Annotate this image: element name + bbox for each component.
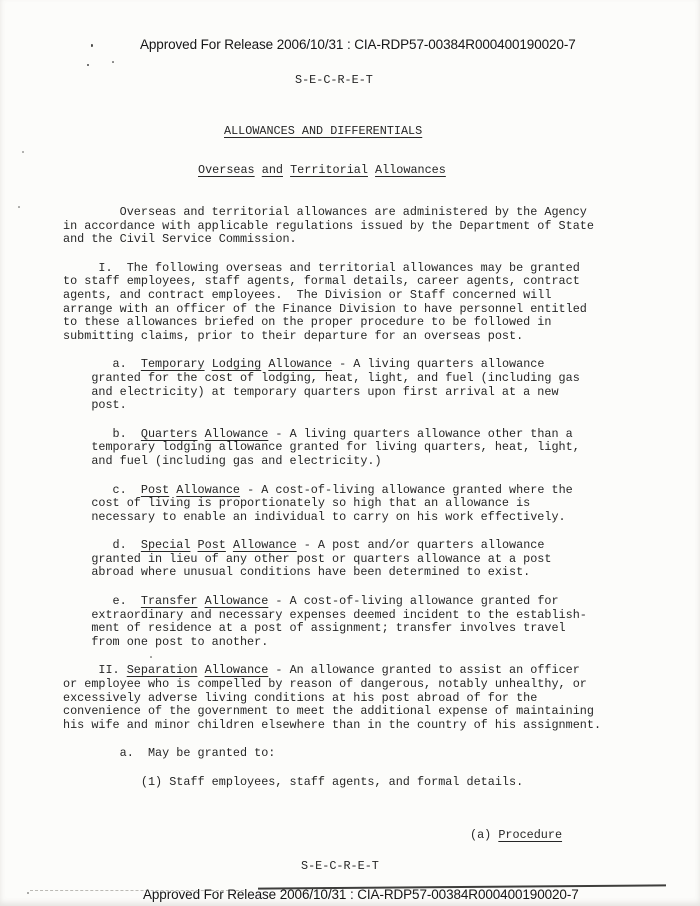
document-line: post. <box>63 399 601 413</box>
text-segment: temporary lodging allowance granted for … <box>63 440 580 454</box>
classification-footer: S-E-C-R-E-T <box>301 860 379 874</box>
text-segment: - An allowance granted to assist an offi… <box>268 663 580 677</box>
text-segment: a. <box>63 357 141 371</box>
footer-reference: (a) Procedure <box>470 829 562 843</box>
document-line: in accordance with applicable regulation… <box>63 220 601 234</box>
text-segment: granted in lieu of any other post or qua… <box>63 552 551 566</box>
text-segment: a. May be granted to: <box>63 746 275 760</box>
text-segment: b. <box>63 427 141 441</box>
document-line: submitting claims, prior to their depart… <box>63 330 601 344</box>
document-line: and fuel (including gas and electricity.… <box>63 455 601 469</box>
text-segment: II. <box>63 663 127 677</box>
paragraph: e. Transfer Allowance - A cost-of-living… <box>63 595 601 649</box>
text-segment: and fuel (including gas and electricity.… <box>63 454 382 468</box>
text-segment <box>283 163 290 177</box>
document-line: e. Transfer Allowance - A cost-of-living… <box>63 595 601 609</box>
scan-artifact <box>22 151 24 153</box>
text-segment: e. <box>63 594 141 608</box>
text-segment: to these allowances briefed on the prope… <box>63 315 551 329</box>
document-line: II. Separation Allowance - An allowance … <box>63 664 601 678</box>
text-segment: ment of residence at a post of assignmen… <box>63 621 566 635</box>
underlined-phrase: ALLOWANCES AND DIFFERENTIALS <box>224 124 422 138</box>
underlined-phrase: Lodging <box>212 357 262 371</box>
text-segment: abroad where unusual conditions have bee… <box>63 565 530 579</box>
paragraph: (1) Staff employees, staff agents, and f… <box>63 776 601 790</box>
underlined-phrase: Procedure <box>498 828 562 842</box>
paragraph: a. Temporary Lodging Allowance - A livin… <box>63 358 601 412</box>
underlined-phrase: Allowance <box>205 594 269 608</box>
text-segment <box>198 427 205 441</box>
classification-header: S-E-C-R-E-T <box>295 74 373 88</box>
text-segment <box>190 538 197 552</box>
text-segment: cost of living is proportionately so hig… <box>63 496 530 510</box>
document-line: temporary lodging allowance granted for … <box>63 441 601 455</box>
document-line: cost of living is proportionately so hig… <box>63 497 601 511</box>
underlined-phrase: Allowances <box>375 163 446 177</box>
text-segment: from one post to another. <box>63 635 268 649</box>
underlined-phrase: Separation <box>127 663 198 677</box>
document-line: granted in lieu of any other post or qua… <box>63 553 601 567</box>
document-line: a. Temporary Lodging Allowance - A livin… <box>63 358 601 372</box>
text-segment: convenience of the government to meet th… <box>63 704 594 718</box>
text-segment: - A cost-of-living allowance granted whe… <box>240 483 573 497</box>
text-segment: d. <box>63 538 141 552</box>
underlined-phrase: Allowance <box>205 427 269 441</box>
underlined-phrase: Allowance <box>205 663 269 677</box>
text-segment <box>368 163 375 177</box>
document-line: convenience of the government to meet th… <box>63 705 601 719</box>
document-line: granted for the cost of lodging, heat, l… <box>63 372 601 386</box>
paragraph: c. Post Allowance - A cost-of-living all… <box>63 484 601 525</box>
document-line: to staff employees, staff agents, formal… <box>63 275 601 289</box>
text-segment: post. <box>63 398 127 412</box>
document-line: (1) Staff employees, staff agents, and f… <box>63 776 601 790</box>
text-segment: agents, and contract employees. The Divi… <box>63 288 551 302</box>
underlined-phrase: Quarters <box>141 427 198 441</box>
text-segment <box>205 357 212 371</box>
text-segment: and electricity) at temporary quarters u… <box>63 385 559 399</box>
bottom-release-stamp: Approved For Release 2006/10/31 : CIA-RD… <box>143 887 579 902</box>
document-line: or employee who is compelled by reason o… <box>63 678 601 692</box>
underlined-phrase: Overseas <box>198 163 255 177</box>
document-line: a. May be granted to: <box>63 747 601 761</box>
text-segment: arrange with an officer of the Finance D… <box>63 302 587 316</box>
document-line: I. The following overseas and territoria… <box>63 262 601 276</box>
text-segment: submitting claims, prior to their depart… <box>63 329 523 343</box>
document-line: necessary to enable an individual to car… <box>63 511 601 525</box>
text-segment: c. <box>63 483 141 497</box>
text-segment: (a) <box>470 828 498 842</box>
document-line: d. Special Post Allowance - A post and/o… <box>63 539 601 553</box>
underlined-phrase: Territorial <box>290 163 368 177</box>
document-line: abroad where unusual conditions have bee… <box>63 566 601 580</box>
text-segment: and the Civil Service Commission. <box>63 232 297 246</box>
text-segment: Overseas and territorial allowances are … <box>63 205 587 219</box>
top-release-stamp: Approved For Release 2006/10/31 : CIA-RD… <box>140 37 576 52</box>
paragraph: Overseas and territorial allowances are … <box>63 206 601 247</box>
document-line: excessively adverse living conditions at… <box>63 692 601 706</box>
scan-artifact <box>27 892 29 894</box>
text-segment <box>255 163 262 177</box>
document-line: his wife and minor children elsewhere th… <box>63 719 601 733</box>
text-segment: to staff employees, staff agents, formal… <box>63 274 580 288</box>
text-segment: extraordinary and necessary expenses dee… <box>63 608 587 622</box>
paragraph: d. Special Post Allowance - A post and/o… <box>63 539 601 580</box>
scan-artifact <box>112 61 114 63</box>
text-segment: excessively adverse living conditions at… <box>63 691 537 705</box>
document-title: ALLOWANCES AND DIFFERENTIALS <box>224 125 422 139</box>
paragraph: a. May be granted to: <box>63 747 601 761</box>
underlined-phrase: Post <box>198 538 226 552</box>
scan-artifact <box>91 44 93 47</box>
underlined-phrase: Allowance <box>268 357 332 371</box>
underlined-phrase: Temporary <box>141 357 205 371</box>
text-segment <box>198 594 205 608</box>
text-segment: - A living quarters allowance other than… <box>268 427 572 441</box>
text-segment: - A cost-of-living allowance granted for <box>268 594 558 608</box>
text-segment: in accordance with applicable regulation… <box>63 219 594 233</box>
document-line: c. Post Allowance - A cost-of-living all… <box>63 484 601 498</box>
text-segment: I. The following overseas and territoria… <box>63 261 580 275</box>
text-segment: - A living quarters allowance <box>332 357 544 371</box>
document-line: ment of residence at a post of assignmen… <box>63 622 601 636</box>
document-line: and the Civil Service Commission. <box>63 233 601 247</box>
text-segment: his wife and minor children elsewhere th… <box>63 718 601 732</box>
underlined-phrase: Allowance <box>176 483 240 497</box>
text-segment: granted for the cost of lodging, heat, l… <box>63 371 580 385</box>
text-segment <box>226 538 233 552</box>
underlined-phrase: Special <box>141 538 191 552</box>
paragraph: I. The following overseas and territoria… <box>63 262 601 344</box>
text-segment: necessary to enable an individual to car… <box>63 510 566 524</box>
document-body: Overseas and territorial allowances are … <box>63 206 601 790</box>
underlined-phrase: Post <box>141 483 169 497</box>
document-line: arrange with an officer of the Finance D… <box>63 303 601 317</box>
document-line: from one post to another. <box>63 636 601 650</box>
document-line: and electricity) at temporary quarters u… <box>63 386 601 400</box>
paragraph: b. Quarters Allowance - A living quarter… <box>63 428 601 469</box>
underlined-phrase: and <box>262 163 283 177</box>
text-segment: (1) Staff employees, staff agents, and f… <box>63 775 523 789</box>
scan-artifact <box>87 64 89 66</box>
document-line: b. Quarters Allowance - A living quarter… <box>63 428 601 442</box>
text-segment: or employee who is compelled by reason o… <box>63 677 587 691</box>
document-line: agents, and contract employees. The Divi… <box>63 289 601 303</box>
document-line: to these allowances briefed on the prope… <box>63 316 601 330</box>
document-subtitle: Overseas and Territorial Allowances <box>198 164 446 178</box>
underlined-phrase: Allowance <box>233 538 297 552</box>
paragraph: II. Separation Allowance - An allowance … <box>63 664 601 732</box>
scan-artifact <box>18 206 20 208</box>
text-segment: - A post and/or quarters allowance <box>297 538 545 552</box>
text-segment <box>198 663 205 677</box>
document-line: extraordinary and necessary expenses dee… <box>63 609 601 623</box>
underlined-phrase: Transfer <box>141 594 198 608</box>
scanned-document-page: Approved For Release 2006/10/31 : CIA-RD… <box>0 0 700 906</box>
document-line: Overseas and territorial allowances are … <box>63 206 601 220</box>
